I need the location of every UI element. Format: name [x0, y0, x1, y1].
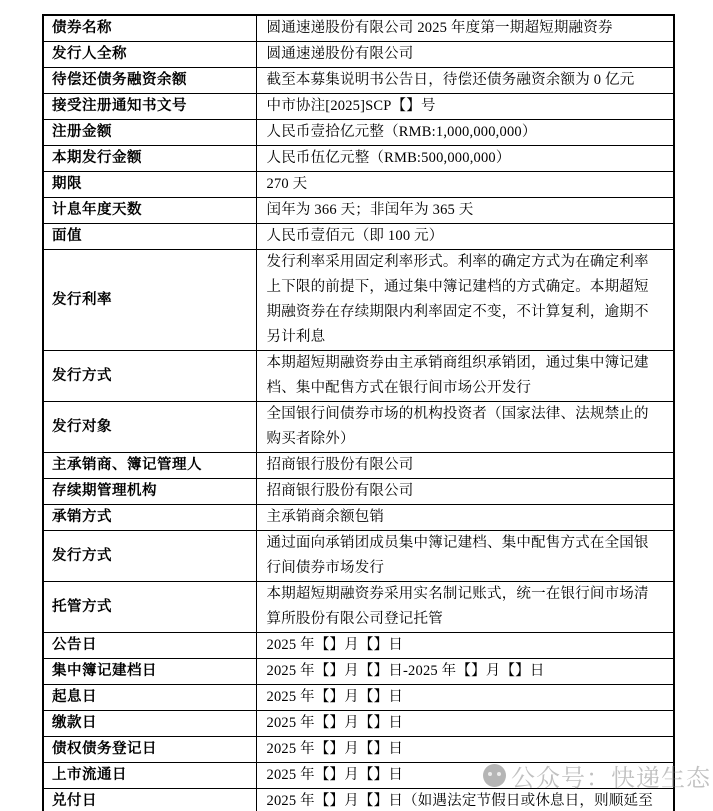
- row-value: 圆通速递股份有限公司 2025 年度第一期超短期融资券: [256, 15, 674, 42]
- table-row: 集中簿记建档日 2025 年【】月【】日-2025 年【】月【】日: [43, 659, 674, 685]
- table-row: 发行方式 本期超短期融资券由主承销商组织承销团，通过集中簿记建档、集中配售方式在…: [43, 351, 674, 402]
- row-value: 2025 年【】月【】日（如遇法定节假日或休息日，则顺延至: [256, 789, 674, 811]
- row-label: 上市流通日: [43, 763, 256, 789]
- table-row: 计息年度天数 闰年为 366 天；非闰年为 365 天: [43, 198, 674, 224]
- table-row: 兑付日 2025 年【】月【】日（如遇法定节假日或休息日，则顺延至: [43, 789, 674, 811]
- table-row: 存续期管理机构 招商银行股份有限公司: [43, 479, 674, 505]
- table-row: 发行对象 全国银行间债券市场的机构投资者（国家法律、法规禁止的购买者除外）: [43, 402, 674, 453]
- row-value: 人民币壹佰元（即 100 元）: [256, 224, 674, 250]
- row-value: 发行利率采用固定利率形式。利率的确定方式为在确定利率上下限的前提下，通过集中簿记…: [256, 250, 674, 351]
- row-value: 本期超短期融资券由主承销商组织承销团，通过集中簿记建档、集中配售方式在银行间市场…: [256, 351, 674, 402]
- table-row: 公告日 2025 年【】月【】日: [43, 633, 674, 659]
- row-label: 公告日: [43, 633, 256, 659]
- row-label: 存续期管理机构: [43, 479, 256, 505]
- row-label: 主承销商、簿记管理人: [43, 453, 256, 479]
- row-label: 发行方式: [43, 531, 256, 582]
- row-value: 中市协注[2025]SCP【】号: [256, 94, 674, 120]
- table-row: 本期发行金额 人民币伍亿元整（RMB:500,000,000）: [43, 146, 674, 172]
- table-row: 发行方式 通过面向承销团成员集中簿记建档、集中配售方式在全国银行间债券市场发行: [43, 531, 674, 582]
- row-value: 截至本募集说明书公告日，待偿还债务融资余额为 0 亿元: [256, 68, 674, 94]
- table-row: 接受注册通知书文号 中市协注[2025]SCP【】号: [43, 94, 674, 120]
- document-page: 债券名称 圆通速递股份有限公司 2025 年度第一期超短期融资券 发行人全称 圆…: [0, 0, 713, 811]
- row-label: 期限: [43, 172, 256, 198]
- table-row: 债权债务登记日 2025 年【】月【】日: [43, 737, 674, 763]
- row-value: 2025 年【】月【】日: [256, 633, 674, 659]
- row-label: 待偿还债务融资余额: [43, 68, 256, 94]
- row-label: 面值: [43, 224, 256, 250]
- table-row: 主承销商、簿记管理人 招商银行股份有限公司: [43, 453, 674, 479]
- row-label: 发行对象: [43, 402, 256, 453]
- table-row: 发行人全称 圆通速递股份有限公司: [43, 42, 674, 68]
- row-label: 发行人全称: [43, 42, 256, 68]
- row-value: 人民币壹拾亿元整（RMB:1,000,000,000）: [256, 120, 674, 146]
- row-label: 承销方式: [43, 505, 256, 531]
- table-row: 期限 270 天: [43, 172, 674, 198]
- row-value: 主承销商余额包销: [256, 505, 674, 531]
- table-row: 发行利率 发行利率采用固定利率形式。利率的确定方式为在确定利率上下限的前提下，通…: [43, 250, 674, 351]
- table-row: 上市流通日 2025 年【】月【】日: [43, 763, 674, 789]
- row-value: 全国银行间债券市场的机构投资者（国家法律、法规禁止的购买者除外）: [256, 402, 674, 453]
- row-label: 起息日: [43, 685, 256, 711]
- row-value: 闰年为 366 天；非闰年为 365 天: [256, 198, 674, 224]
- row-value: 招商银行股份有限公司: [256, 479, 674, 505]
- row-label: 托管方式: [43, 582, 256, 633]
- row-value: 圆通速递股份有限公司: [256, 42, 674, 68]
- bond-terms-table: 债券名称 圆通速递股份有限公司 2025 年度第一期超短期融资券 发行人全称 圆…: [42, 14, 675, 811]
- row-value: 270 天: [256, 172, 674, 198]
- row-value: 2025 年【】月【】日: [256, 763, 674, 789]
- table-row: 托管方式 本期超短期融资券采用实名制记账式，统一在银行间市场清算所股份有限公司登…: [43, 582, 674, 633]
- row-label: 集中簿记建档日: [43, 659, 256, 685]
- row-value: 通过面向承销团成员集中簿记建档、集中配售方式在全国银行间债券市场发行: [256, 531, 674, 582]
- row-value: 招商银行股份有限公司: [256, 453, 674, 479]
- row-value: 2025 年【】月【】日: [256, 685, 674, 711]
- row-label: 接受注册通知书文号: [43, 94, 256, 120]
- table-row: 注册金额 人民币壹拾亿元整（RMB:1,000,000,000）: [43, 120, 674, 146]
- table-row: 起息日 2025 年【】月【】日: [43, 685, 674, 711]
- row-label: 计息年度天数: [43, 198, 256, 224]
- table-row: 缴款日 2025 年【】月【】日: [43, 711, 674, 737]
- table-row: 债券名称 圆通速递股份有限公司 2025 年度第一期超短期融资券: [43, 15, 674, 42]
- row-label: 债权债务登记日: [43, 737, 256, 763]
- table-row: 待偿还债务融资余额 截至本募集说明书公告日，待偿还债务融资余额为 0 亿元: [43, 68, 674, 94]
- row-value: 人民币伍亿元整（RMB:500,000,000）: [256, 146, 674, 172]
- row-value: 2025 年【】月【】日: [256, 711, 674, 737]
- bond-terms-table-body: 债券名称 圆通速递股份有限公司 2025 年度第一期超短期融资券 发行人全称 圆…: [43, 15, 674, 811]
- row-value: 2025 年【】月【】日-2025 年【】月【】日: [256, 659, 674, 685]
- table-row: 承销方式 主承销商余额包销: [43, 505, 674, 531]
- row-label: 兑付日: [43, 789, 256, 811]
- row-value: 2025 年【】月【】日: [256, 737, 674, 763]
- row-label: 注册金额: [43, 120, 256, 146]
- row-label: 发行利率: [43, 250, 256, 351]
- table-row: 面值 人民币壹佰元（即 100 元）: [43, 224, 674, 250]
- row-value: 本期超短期融资券采用实名制记账式，统一在银行间市场清算所股份有限公司登记托管: [256, 582, 674, 633]
- row-label: 发行方式: [43, 351, 256, 402]
- row-label: 债券名称: [43, 15, 256, 42]
- row-label: 缴款日: [43, 711, 256, 737]
- row-label: 本期发行金额: [43, 146, 256, 172]
